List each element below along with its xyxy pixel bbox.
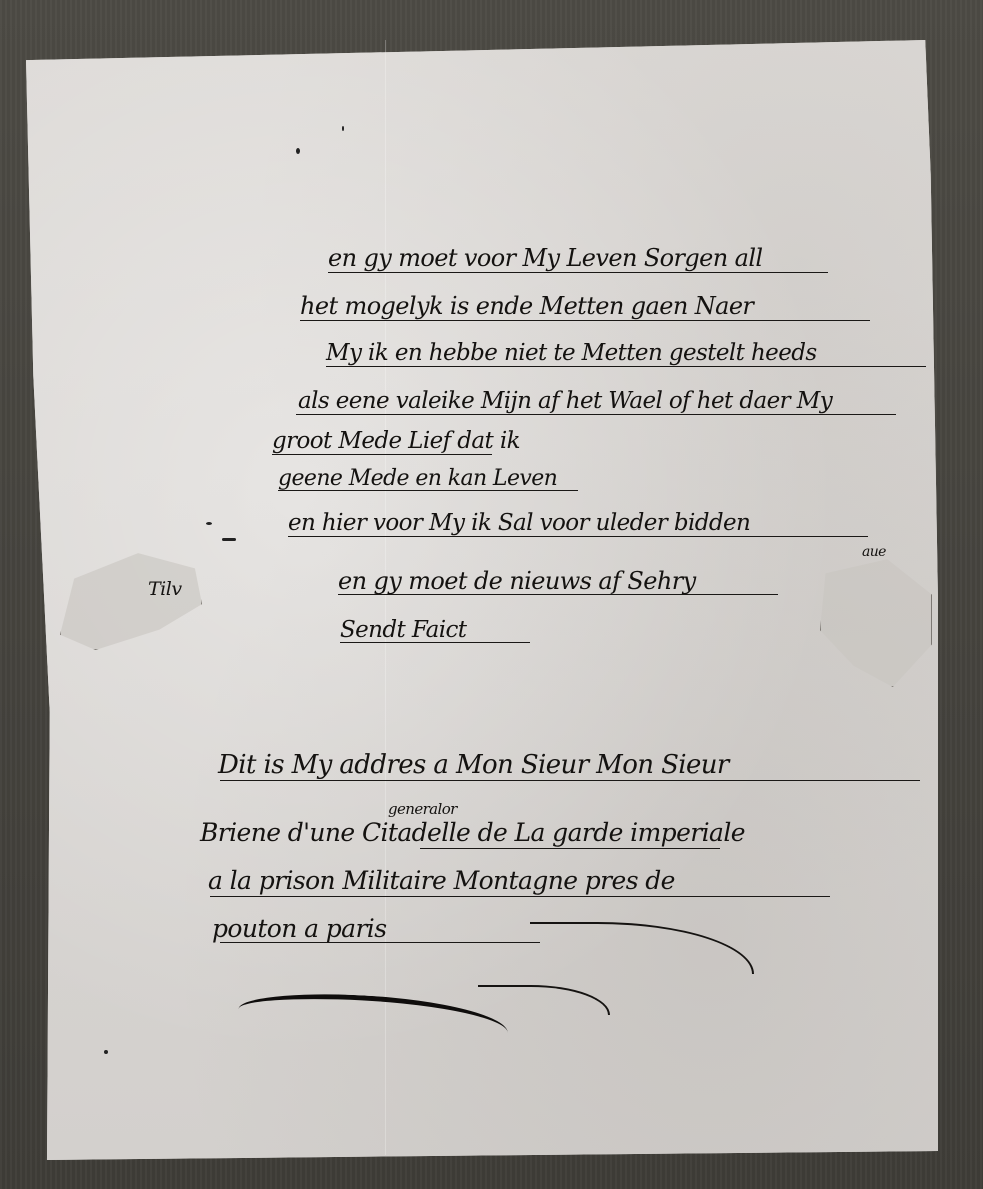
body-line-6: geene Mede en kan Leven: [278, 466, 557, 491]
strike-rule: [278, 490, 578, 491]
ink-speck: [296, 148, 300, 154]
margin-note-left: Tilv: [148, 578, 182, 600]
strike-rule: [300, 320, 870, 321]
body-line-1: en gy moet voor My Leven Sorgen all: [328, 244, 763, 272]
strike-rule: [340, 642, 530, 643]
strike-rule: [328, 272, 828, 273]
address-rule: [220, 780, 920, 781]
address-rule: [420, 848, 720, 849]
body-line-5: groot Mede Lief dat ik: [272, 428, 520, 454]
strike-rule: [288, 536, 868, 537]
address-line-1: Dit is My addres a Mon Sieur Mon Sieur: [218, 750, 729, 780]
body-line-4: als eene valeike Mijn af het Wael of het…: [298, 388, 832, 414]
ink-speck: [206, 522, 212, 525]
address-rule: [210, 896, 830, 897]
address-line-2: Briene d'une Citadelle de La garde imper…: [200, 818, 745, 847]
ink-speck: [222, 538, 236, 541]
paper-fold-crease: [385, 40, 386, 1155]
address-rule: [220, 942, 540, 943]
body-line-3: My ik en hebbe niet te Metten gestelt he…: [326, 340, 817, 366]
address-line-4: pouton a paris: [212, 914, 386, 943]
strike-rule: [338, 594, 778, 595]
address-interlinear-note: generalor: [388, 800, 457, 818]
ink-speck: [342, 126, 344, 131]
margin-note-right: aue: [862, 544, 886, 560]
body-line-7: en hier voor My ik Sal voor uleder bidde…: [288, 510, 750, 536]
strike-rule: [296, 414, 896, 415]
strike-rule: [326, 366, 926, 367]
body-line-9-signature: Sendt Faict: [340, 617, 466, 643]
strike-rule: [272, 454, 492, 455]
body-line-8: en gy moet de nieuws af Sehry: [338, 567, 696, 595]
ink-speck: [104, 1050, 108, 1054]
address-line-3: a la prison Militaire Montagne pres de: [208, 866, 675, 895]
body-line-2: het mogelyk is ende Metten gaen Naer: [300, 292, 753, 320]
